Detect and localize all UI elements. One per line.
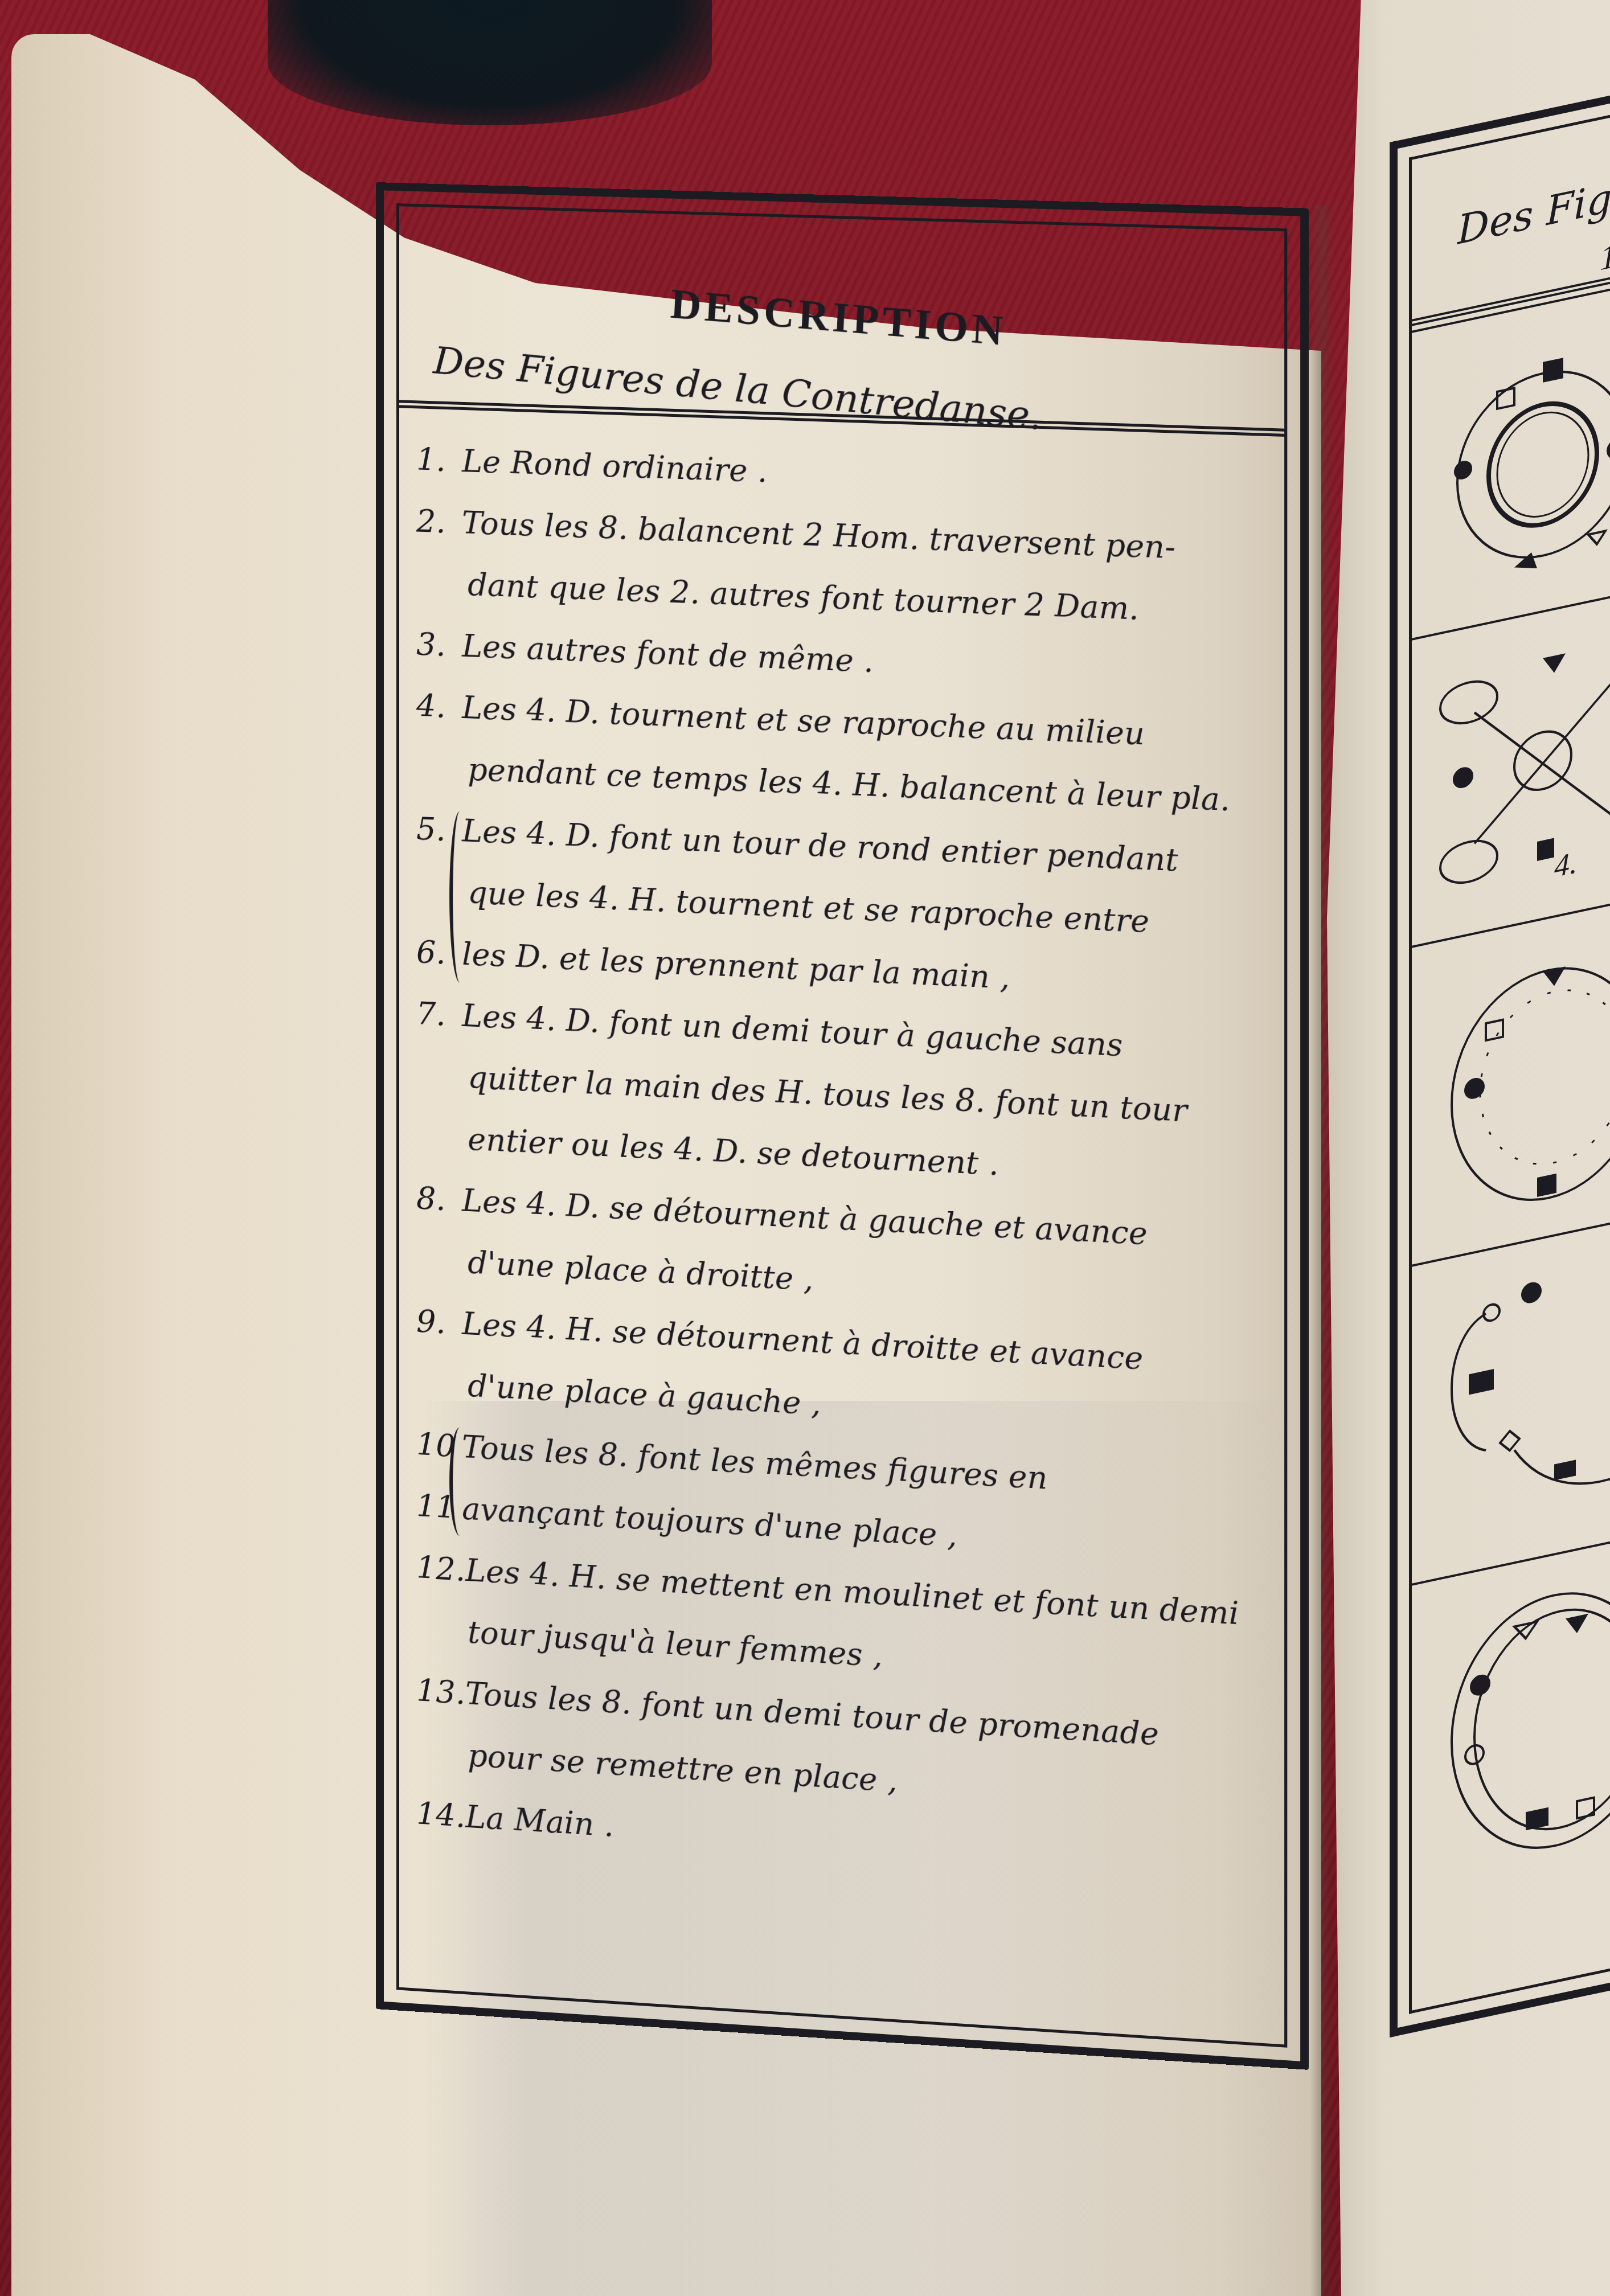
item-number: 1.: [416, 429, 462, 492]
ring-diagram-icon: [1429, 297, 1610, 626]
item-number: 12.: [416, 1537, 465, 1601]
item-number: 9.: [416, 1291, 462, 1355]
page-subtitle: Des Figures de la Contredanse.: [432, 338, 1043, 438]
figure-diagram-5: [1412, 888, 1610, 1267]
background-dark-fabric: [268, 0, 712, 125]
figure-diagram-4: 4.: [1412, 581, 1610, 948]
figure-number: 1: [1600, 236, 1610, 278]
item-text: Les autres font de même .: [462, 628, 874, 679]
turning-ring-icon: [1429, 912, 1610, 1252]
item-number: 2.: [416, 490, 462, 553]
figure-diagram-6: [1412, 1207, 1610, 1586]
text-frame: DESCRIPTION Des Figures de la Contredans…: [376, 182, 1309, 2070]
figure-list: 1.Le Rond ordinaire . 2.Tous les 8. bala…: [416, 429, 1267, 1897]
item-number: 6.: [416, 921, 462, 985]
figure-diagram-7: [1412, 1526, 1610, 1905]
item-text: Le Rond ordinaire .: [462, 443, 767, 489]
item-text: La Main .: [465, 1799, 614, 1844]
item-text: Tous les 8. balancent 2 Hom. traversent …: [462, 505, 1175, 565]
item-number: 3.: [416, 614, 462, 677]
figure-diagram-1: [1412, 273, 1610, 641]
advancing-diagram-icon: [1429, 1231, 1610, 1571]
figure-label: 4.: [1554, 844, 1578, 885]
item-text: les D. et les prennent par la main ,: [462, 936, 1010, 996]
title-box: DESCRIPTION Des Figures de la Contredans…: [399, 206, 1284, 437]
item-number: 11: [416, 1475, 462, 1540]
item-number: 13.: [416, 1660, 465, 1724]
figures-title: Des Figu: [1457, 169, 1610, 253]
book-gutter: [1310, 205, 1333, 2296]
figures-frame: Des Figu 1: [1390, 90, 1610, 2037]
promenade-diagram-icon: [1429, 1550, 1610, 1890]
crossing-diagram-icon: [1429, 605, 1610, 933]
item-number: 7.: [416, 983, 462, 1047]
item-number: 4.: [416, 675, 462, 739]
item-number: 14.: [416, 1783, 465, 1847]
item-number: 8.: [416, 1167, 462, 1231]
figures-frame-inner: Des Figu 1: [1409, 104, 1610, 2014]
text-frame-inner: DESCRIPTION Des Figures de la Contredans…: [396, 203, 1287, 2048]
